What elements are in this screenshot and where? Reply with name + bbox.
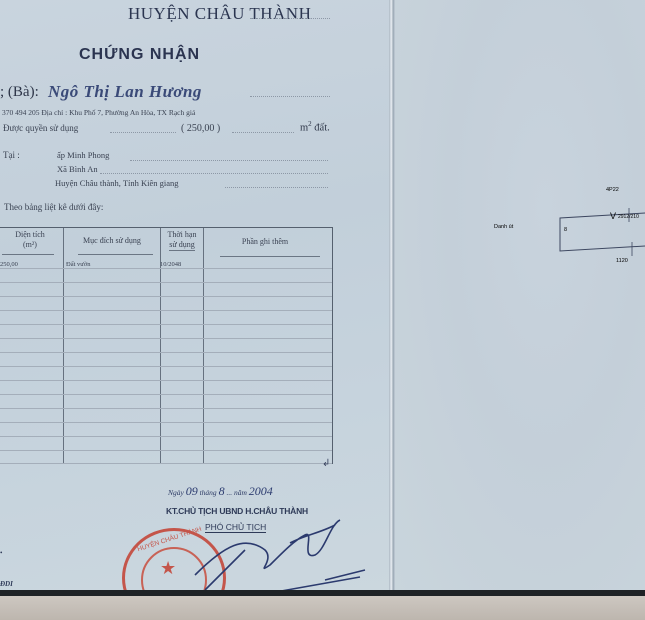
- table-rule: [0, 366, 332, 367]
- header-area-label: Diện tích: [2, 230, 58, 240]
- location-hamlet: ấp Minh Phong: [57, 150, 109, 160]
- header-area: Diện tích (m²): [2, 230, 58, 250]
- location-label: Tại :: [3, 150, 20, 160]
- usage-right-label: Được quyền sử dụng: [3, 123, 78, 133]
- header-notes: Phần ghi thêm: [210, 237, 320, 247]
- land-use-table: Diện tích (m²) Mục đích sử dụng Thời hạn…: [0, 227, 333, 464]
- dotted-line: [225, 187, 328, 188]
- sketch-bottom-label: 1120: [616, 258, 628, 264]
- district-header: HUYỆN CHÂU THÀNH: [128, 4, 311, 24]
- table-rule: [0, 282, 332, 283]
- sketch-left-dim: 8: [564, 227, 567, 233]
- dotted-line: [250, 18, 330, 19]
- dotted-line: [130, 160, 328, 161]
- list-intro: Theo bảng liệt kê dưới đây:: [4, 202, 103, 212]
- date-month: 8: [219, 484, 225, 498]
- area-value: ( 250,00 ): [181, 123, 220, 134]
- date-day: 09: [186, 484, 198, 498]
- table-rule: [0, 394, 332, 395]
- table-rule: [0, 380, 332, 381]
- table-rule: [0, 324, 332, 325]
- row-area: 250,00: [0, 261, 18, 268]
- margin-mark: •: [0, 549, 2, 557]
- row-term: 10/2048: [160, 261, 181, 268]
- table-rule: [0, 436, 332, 437]
- header-purpose: Mục đích sử dụng: [68, 236, 156, 246]
- dotted-line: [100, 173, 328, 174]
- table-rule: [0, 463, 332, 464]
- location-commune: Xã Bình An: [57, 164, 98, 174]
- id-address-line: 370 494 205 Địa chỉ : Khu Phố 7, Phường …: [2, 108, 195, 117]
- header-term: Thời hạn sử dụng: [162, 230, 202, 251]
- owner-label: ; (Bà):: [0, 84, 39, 101]
- pen-mark-icon: ↲: [322, 458, 330, 469]
- dotted-line: [110, 132, 176, 133]
- signing-date: Ngày 09 tháng 8 ... năm 2004: [168, 484, 273, 499]
- table-rule: [0, 268, 332, 269]
- area-unit-suffix: đất.: [312, 123, 330, 134]
- bottom-code: ĐDI: [0, 580, 13, 588]
- header-term-line2: sử dụng: [169, 240, 194, 251]
- handwritten-signature: [175, 505, 395, 595]
- table-divider: [63, 228, 64, 464]
- date-year-label: năm: [234, 488, 247, 497]
- land-plot-sketch: 4P22 Danh út 8 V 2912/210 1120: [480, 180, 645, 270]
- sketch-top-label: 4P22: [606, 187, 619, 193]
- owner-name: Ngô Thị Lan Hương: [48, 82, 202, 102]
- date-day-label: Ngày: [168, 488, 184, 497]
- row-purpose: Đất vườn: [66, 261, 90, 268]
- area-unit-base: m: [300, 123, 308, 134]
- header-term-line1: Thời hạn: [162, 230, 202, 240]
- table-rule: [0, 408, 332, 409]
- sketch-right-label: V: [610, 211, 616, 221]
- location-district-province: Huyện Châu thành, Tỉnh Kiên giang: [55, 178, 179, 188]
- table-divider: [203, 228, 204, 464]
- header-underline: [2, 254, 54, 255]
- table-rule: [0, 310, 332, 311]
- table-surface: [0, 596, 645, 620]
- header-underline: [220, 256, 320, 257]
- area-unit: m2 đất.: [300, 120, 330, 134]
- certificate-right-page: [395, 0, 645, 592]
- table-rule: [0, 352, 332, 353]
- table-rule: [0, 338, 332, 339]
- header-underline: [78, 254, 153, 255]
- table-rule: [0, 422, 332, 423]
- table-rule: [0, 450, 332, 451]
- header-area-unit: (m²): [2, 240, 58, 250]
- table-rule: [0, 296, 332, 297]
- date-month-label: tháng: [200, 488, 217, 497]
- seal-star-icon: ★: [160, 558, 176, 579]
- sketch-side-label: Danh út: [494, 224, 514, 230]
- dotted-line: [232, 132, 294, 133]
- date-year: 2004: [249, 484, 273, 498]
- certificate-title: CHỨNG NHẬN: [79, 46, 200, 64]
- dotted-line: [250, 96, 330, 97]
- sketch-right-fraction: 2912/210: [618, 214, 639, 220]
